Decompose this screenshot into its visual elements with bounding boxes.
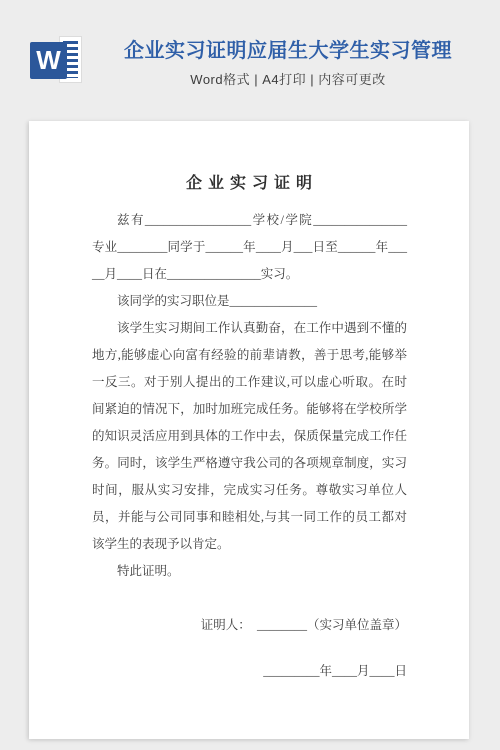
signature-line: 证明人： ________（实习单位盖章）: [92, 612, 407, 639]
paragraph-body: 该学生实习期间工作认真勤奋，在工作中遇到不懂的地方,能够虚心向富有经验的前辈请教…: [92, 315, 407, 558]
paragraph-intro: 兹有_________________学校/学院_______________专…: [92, 207, 407, 288]
page-subtitle: Word格式 | A4打印 | 内容可更改: [94, 69, 482, 88]
date-line: _________年____月____日: [92, 658, 407, 685]
word-icon: W: [30, 36, 82, 86]
word-icon-square: W: [30, 42, 67, 79]
document-sheet: 企 业 实 习 证 明 兹有_________________学校/学院____…: [29, 121, 469, 739]
header-text: 企业实习证明应届生大学生实习管理 Word格式 | A4打印 | 内容可更改: [94, 36, 482, 88]
paragraph-position: 该同学的实习职位是______________: [92, 288, 407, 315]
page-title: 企业实习证明应届生大学生实习管理: [94, 38, 482, 64]
word-icon-letter: W: [36, 45, 61, 76]
paragraph-closing: 特此证明。: [92, 558, 407, 585]
header: W 企业实习证明应届生大学生实习管理 Word格式 | A4打印 | 内容可更改: [30, 36, 482, 88]
document-title: 企 业 实 习 证 明: [92, 173, 407, 195]
